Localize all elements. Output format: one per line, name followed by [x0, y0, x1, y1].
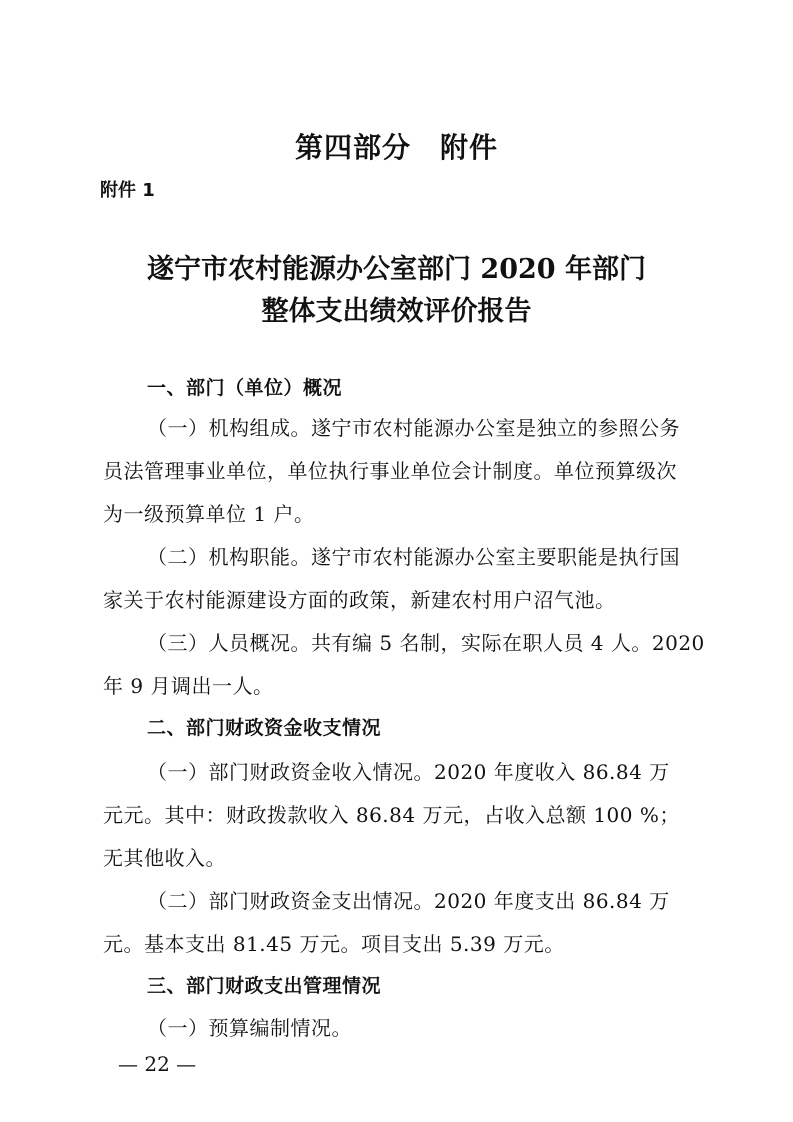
paragraph-line: 年 9 月调出一人。	[103, 670, 273, 699]
paragraph-line: （三）人员概况。共有编 5 名制，实际在职人员 4 人。2020	[147, 627, 705, 656]
paragraph-text: 部门财政资金收入情况。2020 年度收入 86.84 万	[209, 760, 670, 784]
paragraph-text: 遂宁市农村能源办公室是独立的参照公务	[311, 416, 680, 440]
paragraph-text: 共有编 5 名制，实际在职人员 4 人。2020	[311, 631, 705, 655]
paragraph-line: 员法管理事业单位，单位执行事业单位会计制度。单位预算级次	[103, 455, 677, 484]
attachment-label: 附件 1	[100, 176, 155, 202]
paragraph-line: 为一级预算单位 1 户。	[103, 498, 314, 527]
section-heading-3: 三、部门财政支出管理情况	[147, 971, 381, 998]
report-title-line-2: 整体支出绩效评价报告	[0, 289, 793, 328]
paragraph-line: （二）部门财政资金支出情况。2020 年度支出 86.84 万	[147, 885, 670, 914]
paragraph-text: 遂宁市农村能源办公室主要职能是执行国	[311, 545, 680, 569]
paragraph-lead: （一）	[147, 1016, 209, 1040]
paragraph-text: 预算编制情况。	[209, 1016, 353, 1040]
paragraph-line: （一）机构组成。遂宁市农村能源办公室是独立的参照公务	[147, 412, 680, 441]
paragraph-line: 家关于农村能源建设方面的政策，新建农村用户沼气池。	[103, 584, 616, 613]
paragraph-lead: （一）机构组成。	[147, 416, 311, 440]
paragraph-line: （一）预算编制情况。	[147, 1012, 352, 1041]
section-heading-2: 二、部门财政资金收支情况	[147, 713, 381, 740]
paragraph-lead: （一）	[147, 760, 209, 784]
report-title-line-1: 遂宁市农村能源办公室部门 2020 年部门	[0, 247, 793, 286]
page-number: — 22 —	[118, 1052, 196, 1076]
section-heading-1: 一、部门（单位）概况	[147, 373, 342, 400]
paragraph-lead: （三）人员概况。	[147, 631, 311, 655]
paragraph-line: 元。基本支出 81.45 万元。项目支出 5.39 万元。	[103, 928, 565, 957]
paragraph-text: 部门财政资金支出情况。2020 年度支出 86.84 万	[209, 889, 670, 913]
paragraph-line: （二）机构职能。遂宁市农村能源办公室主要职能是执行国	[147, 541, 680, 570]
paragraph-line: 无其他收入。	[103, 842, 226, 871]
paragraph-line: （一）部门财政资金收入情况。2020 年度收入 86.84 万	[147, 756, 670, 785]
paragraph-line: 元元。其中：财政拨款收入 86.84 万元，占收入总额 100 %；	[103, 799, 680, 828]
part-title: 第四部分 附件	[0, 126, 793, 166]
paragraph-lead: （二）	[147, 889, 209, 913]
paragraph-lead: （二）机构职能。	[147, 545, 311, 569]
